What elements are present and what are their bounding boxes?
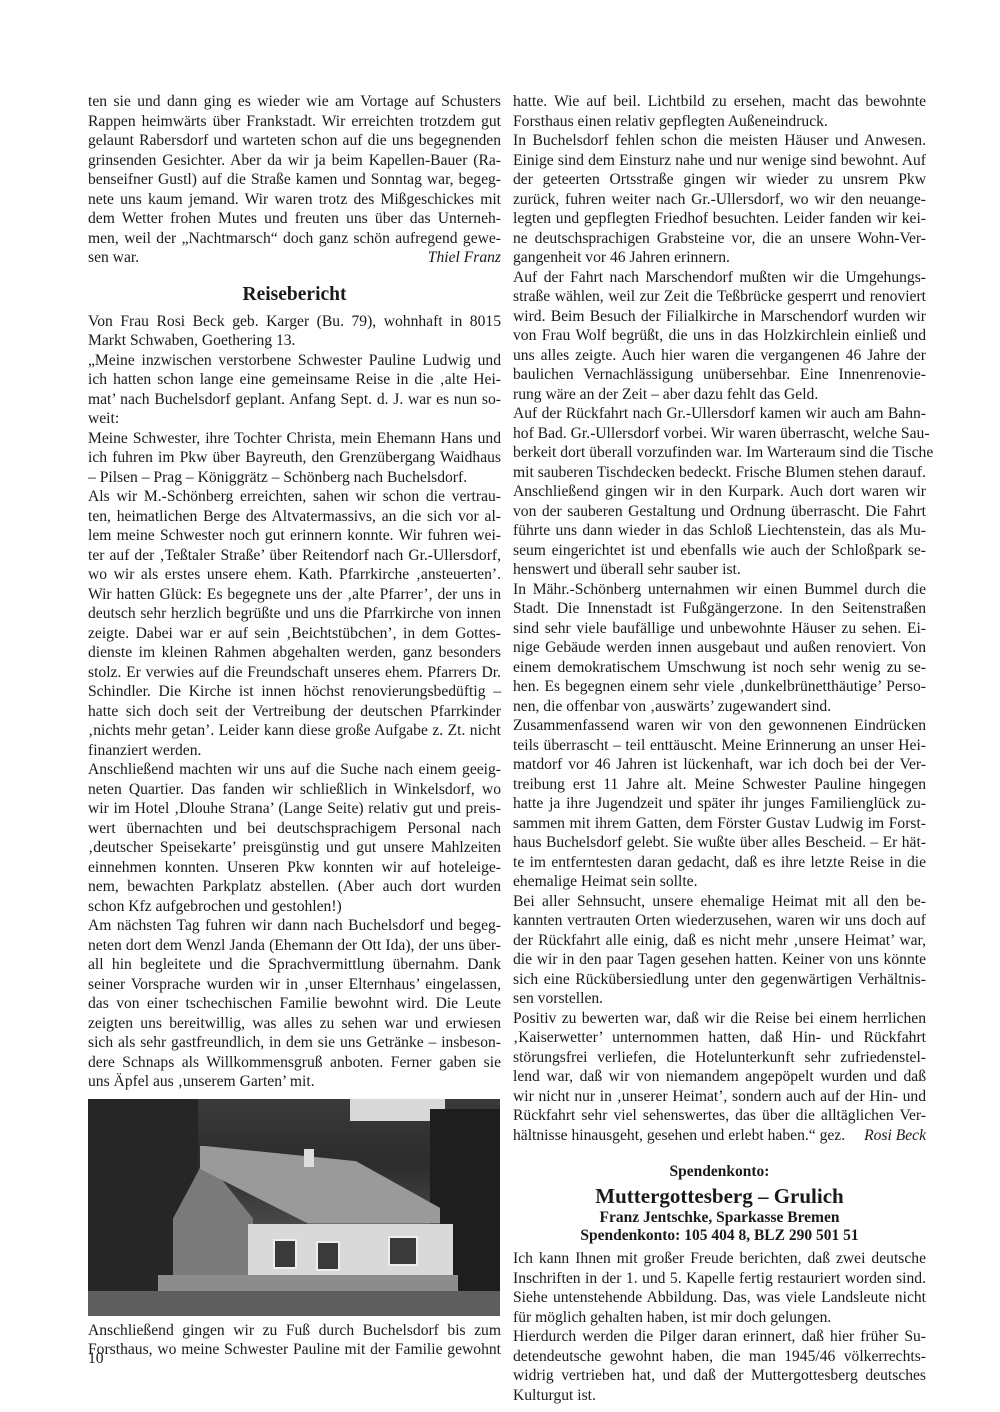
text-line: die wir in den paar Tagen gesehen hatten… <box>513 950 926 970</box>
text-line: ter auf der ‚Teßtaler Straße’ über Reite… <box>88 546 501 566</box>
text-line: sich als sehr gastfreundlich, in dem sie… <box>88 1033 501 1053</box>
text-line: wir nicht nur in ‚unserer Heimat’, sonde… <box>513 1087 926 1107</box>
text-line: Zusammenfassend waren wir von den gewonn… <box>513 716 926 736</box>
text-line: wird. Beim Besuch der Filialkirche in Ma… <box>513 307 926 327</box>
text-line: In Mähr.-Schönberg unternahmen wir einen… <box>513 580 926 600</box>
donation-account: Spendenkonto: 105 404 8, BLZ 290 501 51 <box>513 1227 926 1245</box>
text-line: baulichen Vernachlässigung unübersehbar.… <box>513 365 926 385</box>
text-line: sammen mit ihrem Gatten, dem Förster Gus… <box>513 814 926 834</box>
text-line: ‚deutscher Speisekarte’ preisgünstig und… <box>88 838 501 858</box>
text-line: Inschriften in der 1. und 5. Kapelle fer… <box>513 1269 926 1289</box>
text-line: sind sehr viele baufällige und unbewohnt… <box>513 619 926 639</box>
right-column: hatte. Wie auf beil. Lichtbild zu ersehe… <box>513 92 926 1405</box>
text-line: Einige sind dem Einsturz nahe und nur we… <box>513 151 926 171</box>
text-line: wert übernachten und bei deutschsprachig… <box>88 819 501 839</box>
text-line: seum eingerichtet ist und ebenfalls wie … <box>513 541 926 561</box>
text-line: ich fuhren im Pkw über Bayreuth, den Gre… <box>88 448 501 468</box>
text-line: Anschließend gingen wir zu Fuß durch Buc… <box>88 1321 501 1341</box>
text-line: Forsthaus, wo meine Schwester Pauline mi… <box>88 1340 501 1360</box>
text-line: sen vorstellen. <box>513 989 926 1009</box>
text-line: In Buchelsdorf fehlen schon die meisten … <box>513 131 926 151</box>
text-line: finanziert werden. <box>88 741 501 761</box>
text-line: deutsch sehr herzlich begrüßte und uns d… <box>88 604 501 624</box>
text-line: seiner Vorsprache wurden wir in ‚unser E… <box>88 975 501 995</box>
text-line: nen, die offenbar von ‚auswärts’ zugewan… <box>513 697 926 717</box>
text-line: hatte ja ihre Jugendzeit und später ihr … <box>513 794 926 814</box>
text-line: das von einer tschechischen Familie bewo… <box>88 994 501 1014</box>
text-line: nem, bewachten Parkplatz abstellen. (Abe… <box>88 877 501 897</box>
text-line: ‚nichts mehr getan’. Leider kann diese g… <box>88 721 501 741</box>
text-line: Bei aller Sehnsucht, unsere ehemalige He… <box>513 892 926 912</box>
text-line: berkeit dort überall vorzufinden war. Im… <box>513 443 926 463</box>
text-line: uns alles zeigte. Auch hier waren die ve… <box>513 346 926 366</box>
text-line: Siehe untenstehende Abbildung. Das, was … <box>513 1288 926 1308</box>
donation-title: Muttergottesberg – Grulich <box>513 1183 926 1209</box>
text-line: all hin begleitete und die Sprachvermitt… <box>88 955 501 975</box>
text-line: Als wir M.-Schönberg erreichten, sahen w… <box>88 487 501 507</box>
text-line: henswert und überall sehr sauber ist. <box>513 560 926 580</box>
text-line: Auf der Fahrt nach Marschendorf mußten w… <box>513 268 926 288</box>
text-line: Wir hatten Glück: Es begegnete uns der ‚… <box>88 585 501 605</box>
text-line: schon Kfz aufgebrochen und gestohlen!) <box>88 897 501 917</box>
text-line: straße wählen, weil zur Zeit die Teßbrüc… <box>513 287 926 307</box>
text-line: Ich kann Ihnen mit großer Freude bericht… <box>513 1249 926 1269</box>
text-line: mat’ nach Buchelsdorf geplant. Anfang Se… <box>88 390 501 410</box>
author-thiel-franz: Thiel Franz <box>428 248 501 268</box>
article-heading: Reisebericht <box>88 282 501 308</box>
text-line: wir im Hotel ‚Dlouhe Strana’ (Lange Seit… <box>88 799 501 819</box>
text-line: detendeutsche gewohnt haben, die man 194… <box>513 1347 926 1367</box>
text-line: sich eine Rückübersiedlung unter den geg… <box>513 970 926 990</box>
text-line: – Pilsen – Prag – Königgrätz – Schönberg… <box>88 468 501 488</box>
text-line: ‚Kaiserwetter’ unternommen hatten, daß H… <box>513 1028 926 1048</box>
text-line: wo wir als erstes unsere ehem. Kath. Pfa… <box>88 565 501 585</box>
author-rosi-beck: Rosi Beck <box>864 1126 926 1146</box>
text-line: der Rückfahrt alle einig, daß es nicht m… <box>513 931 926 951</box>
text-line: haus Buchelsdorf gelebt. Sie wußte über … <box>513 833 926 853</box>
article-signature-line: hältnisse hinausgeht, gesehen und erlebt… <box>513 1126 926 1146</box>
text-line: neten dort dem Wenzl Janda (Ehemann der … <box>88 936 501 956</box>
text-line: Positiv zu bewerten war, daß wir die Rei… <box>513 1009 926 1029</box>
text-line: Forsthaus einen relativ gepflegten Außen… <box>513 112 926 132</box>
text-line: Rappen heimwärts über Frankstadt. Wir er… <box>88 112 501 132</box>
text-line: legten und gepflegten Friedhof besuchten… <box>513 209 926 229</box>
text-line: ten sie und dann ging es wieder wie am V… <box>88 92 501 112</box>
text-line: hof Bad. Gr.-Ullersdorf vorbei. Wir ware… <box>513 424 926 444</box>
text-line: dienste im kleinen Rahmen abgehalten wer… <box>88 643 501 663</box>
text-line: Hierdurch werden die Pilger daran erinne… <box>513 1327 926 1347</box>
donation-bank: Franz Jentschke, Sparkasse Bremen <box>513 1209 926 1227</box>
text-line: für möglich gehalten haben, ist mir doch… <box>513 1308 926 1328</box>
donation-label: Spendenkonto: <box>513 1161 926 1183</box>
forsthaus-photo <box>88 1099 500 1316</box>
after-photo-paragraph: Anschließend gingen wir zu Fuß durch Buc… <box>88 1321 501 1360</box>
text-line: mit sauberen Tischdecken bedeckt. Frisch… <box>513 463 926 483</box>
text-line: Schindler. Die Kirche ist innen höchst r… <box>88 682 501 702</box>
final-line: hältnisse hinausgeht, gesehen und erlebt… <box>513 1126 845 1146</box>
text-line: Kulturgut ist. <box>513 1386 926 1406</box>
text-line: einem demokratischem Umschwung ist noch … <box>513 658 926 678</box>
text-line: hatte sich doch seit der Vertreibung der… <box>88 702 501 722</box>
text-line: uns Äpfel aus ‚unserem Garten’ mit. <box>88 1072 501 1092</box>
text-line: Auf der Rückfahrt nach Gr.-Ullersdorf ka… <box>513 404 926 424</box>
text-line: nige Gebäude werden innen ausgebaut und … <box>513 638 926 658</box>
text-line: ne deutschsprachigen Grabsteine vor, die… <box>513 229 926 249</box>
text-line: zeigte. Dabei war er auf sein ‚Beichtstü… <box>88 624 501 644</box>
text-line: der geteerten Ortsstraße gingen wir wied… <box>513 170 926 190</box>
text-line: Rückfahrt sehr viel sehenswertes, das üb… <box>513 1106 926 1126</box>
text-line: Markt Schwaben, Goethering 13. <box>88 331 501 351</box>
text-line: von der sauberen Gestaltung und Ordnung … <box>513 502 926 522</box>
donation-text: Ich kann Ihnen mit großer Freude bericht… <box>513 1249 926 1405</box>
text-line: lem meine Schwester noch gut erinnern ko… <box>88 526 501 546</box>
left-column: ten sie und dann ging es wieder wie am V… <box>88 92 501 1360</box>
text-line: te im entferntesten daran gedacht, daß e… <box>513 853 926 873</box>
text-line: gangenheit vor 46 Jahren erinnern. <box>513 248 926 268</box>
donation-box: Spendenkonto: Muttergottesberg – Grulich… <box>513 1161 926 1245</box>
text-line: treibung erst 11 Jahre alt. Meine Schwes… <box>513 775 926 795</box>
text-line: führte uns dann wieder in das Schloß Lie… <box>513 521 926 541</box>
page-number: 10 <box>88 1350 104 1368</box>
text-line: benseifner Gustl) auf die Straße kamen u… <box>88 170 501 190</box>
text-line: kannten vertrauten Orten wiederzusehen, … <box>513 911 926 931</box>
text-line: stolz. Er verwies auf die Freundschaft u… <box>88 663 501 683</box>
intro-signature-line: sen war. Thiel Franz <box>88 248 501 268</box>
text-line: zeigten uns bereitwillig, was alles zu s… <box>88 1014 501 1034</box>
text-line: teils überrascht – teil enttäuscht. Mein… <box>513 736 926 756</box>
article-continuation: hatte. Wie auf beil. Lichtbild zu ersehe… <box>513 92 926 1126</box>
text-line: Am nächsten Tag fuhren wir dann nach Buc… <box>88 916 501 936</box>
text-line: widrig vertrieben hat, und daß der Mutte… <box>513 1366 926 1386</box>
text-line: dere Schnaps als Willkommensgruß anboten… <box>88 1053 501 1073</box>
text-line: hatte. Wie auf beil. Lichtbild zu ersehe… <box>513 92 926 112</box>
text-line: nete uns kaum jemand. Wir waren trotz de… <box>88 190 501 210</box>
text-line: men, weil der „Nachtmarsch“ doch ganz sc… <box>88 229 501 249</box>
text-line: matdorf vor 46 Jahren ist lückenhaft, wa… <box>513 755 926 775</box>
text-line: weit: <box>88 409 501 429</box>
intro-last-line: sen war. <box>88 248 139 268</box>
text-line: Von Frau Rosi Beck geb. Karger (Bu. 79),… <box>88 312 501 332</box>
text-line: ehemalige Heimat sein sollte. <box>513 872 926 892</box>
text-line: Meine Schwester, ihre Tochter Christa, m… <box>88 429 501 449</box>
text-line: Stadt. Die Innenstadt ist Fußgängerzone.… <box>513 599 926 619</box>
text-line: ten, heimatlichen Berge des Altvatermass… <box>88 507 501 527</box>
text-line: Anschließend gingen wir in den Kurpark. … <box>513 482 926 502</box>
text-line: dem Wetter frohen Mutes und freuten uns … <box>88 209 501 229</box>
text-line: störungsfrei verliefen, die Hotelunterku… <box>513 1048 926 1068</box>
article-body: Von Frau Rosi Beck geb. Karger (Bu. 79),… <box>88 312 501 1092</box>
text-line: gelaunt Rabersdorf und warteten schon au… <box>88 131 501 151</box>
text-line: hen. Es begegnen einem sehr viele ‚dunke… <box>513 677 926 697</box>
text-line: zurück, fuhren weiter nach Gr.-Ullersdor… <box>513 190 926 210</box>
intro-paragraph: ten sie und dann ging es wieder wie am V… <box>88 92 501 248</box>
text-line: lend war, daß wir von niemandem angepöpe… <box>513 1067 926 1087</box>
text-line: neten Quartier. Das fanden wir schließli… <box>88 780 501 800</box>
text-line: von Frau Wolf begrüßt, die uns in das Ho… <box>513 326 926 346</box>
text-line: Anschließend machten wir uns auf die Suc… <box>88 760 501 780</box>
text-line: grinsenden Gesichter. Aber da wir ja bei… <box>88 151 501 171</box>
text-line: rung wäre an der Zeit – aber dazu fehlt … <box>513 385 926 405</box>
text-line: einnehmen konnten. Unseren Pkw konnten w… <box>88 858 501 878</box>
text-line: ich hatten schon lange eine gemeinsame R… <box>88 370 501 390</box>
text-line: „Meine inzwischen verstorbene Schwester … <box>88 351 501 371</box>
